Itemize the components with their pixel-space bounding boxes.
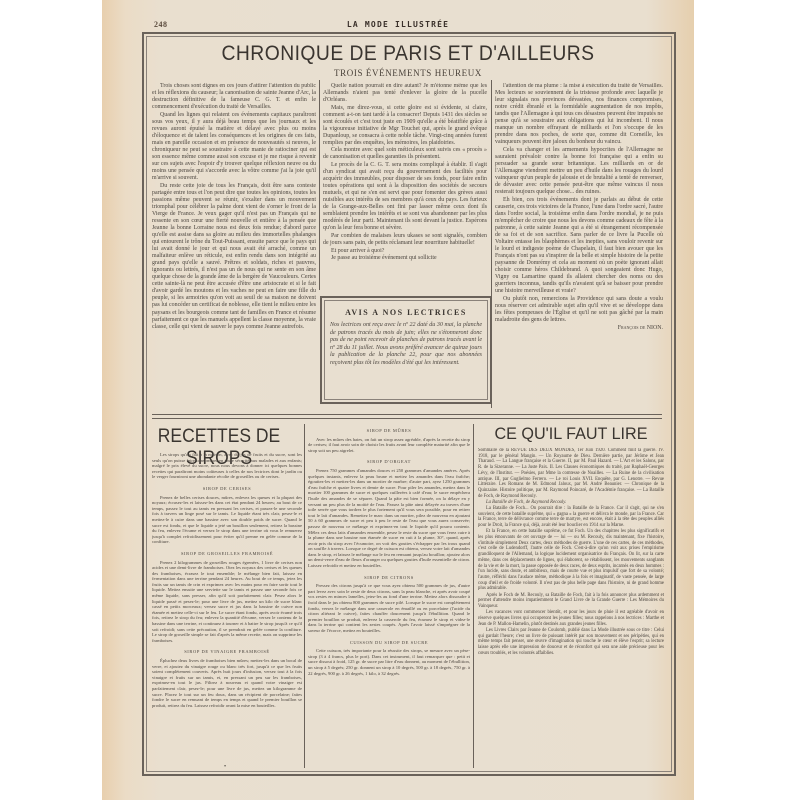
- recipe-text: Épluchez deux livres de framboises bien …: [152, 658, 302, 708]
- recipe-text: Prenez de belles cerises douces, mûres, …: [152, 495, 302, 545]
- paragraph: Quelle nation pourrait en dire autant? J…: [323, 83, 487, 104]
- avis-box: AVIS A NOS LECTRICES Nos lectrices ont r…: [320, 296, 492, 404]
- author-signature: François de NION.: [495, 325, 663, 332]
- paragraph: Et la France, en cette bataille suprême,…: [478, 529, 664, 592]
- chronique-column-2: Quelle nation pourrait en dire autant? J…: [323, 83, 487, 290]
- recipe-heading: SIROP D'ORGEAT: [308, 459, 470, 465]
- recipe-heading: SIROP DE VINAIGRE FRAMBOISÉ: [152, 649, 302, 655]
- paragraph: l'attention de ma plume : la mise à exéc…: [495, 83, 663, 146]
- paragraph: Je passe au troisième événement qui soll…: [323, 255, 487, 262]
- chronique-title: CHRONIQUE DE PARIS ET D'AILLEURS: [167, 42, 649, 66]
- recipe-heading: SIROP DE CITRONS: [308, 575, 470, 581]
- paragraph: Par combien de malaises leurs ukases se …: [323, 233, 487, 247]
- paragraph: Eh bien, ces trois événements dont je pa…: [495, 197, 663, 296]
- recipe-text: Cette cuisson, très importante pour la r…: [308, 648, 470, 676]
- paragraph: La Bataille de Foch... On pourrait dire …: [478, 506, 664, 529]
- recipe-text: Prenez 750 grammes d'amandes douces et 2…: [308, 468, 470, 569]
- paragraph: Les Livres Clairs par Jeanne de Coulomb,…: [478, 628, 664, 657]
- paragraph: Les vacances vont commencer bientôt, et …: [478, 610, 664, 627]
- paragraph: Cela montre avec quel soin méticuleux so…: [323, 147, 487, 161]
- column-divider: [319, 80, 320, 290]
- paragraph: Après le Foch de M. Recouly, sa Bataille…: [478, 593, 664, 610]
- section-separator: [152, 414, 662, 419]
- paragraph: Sommaire de la REVUE DES DEUX MONDES, 1e…: [478, 448, 664, 499]
- recipe-text: Prenez 2 kilogrammes de groseilles rouge…: [152, 560, 302, 644]
- newspaper-page: 248 LA MODE ILLUSTRÉE CHRONIQUE DE PARIS…: [102, 0, 694, 800]
- paragraph: Du reste cette joie de tous les Français…: [152, 183, 316, 331]
- column-divider: [304, 424, 305, 768]
- avis-title: AVIS A NOS LECTRICES: [322, 308, 490, 317]
- paragraph: Trois choses sont dignes en ces jours d'…: [152, 83, 316, 111]
- recipe-heading: SIROP DE CERISES: [152, 486, 302, 492]
- chronique-subtitle: TROIS ÉVÉNEMENTS HEUREUX: [146, 68, 670, 78]
- paragraph: Quand les lignes qui relatent ces événem…: [152, 112, 316, 182]
- recipe-heading: SIROP DE MÛRES: [308, 428, 470, 434]
- recipe-text: Pressez des citrons jusqu'à ce que vous …: [308, 583, 470, 633]
- chronique-column-1: Trois choses sont dignes en ces jours d'…: [152, 83, 316, 403]
- chronique-column-3: l'attention de ma plume : la mise à exéc…: [495, 83, 663, 413]
- sirops-column-2: SIROP DE MÛRES Avec les mûres des haies,…: [308, 428, 470, 768]
- paragraph: Et pour arriver à quoi?: [323, 248, 487, 255]
- avis-body: Nos lectrices ont reçu avec le nº 22 dat…: [330, 322, 482, 368]
- column-divider: [473, 424, 474, 768]
- recipe-heading: SIROP DE GROSEILLES FRAMBOISÉ: [152, 551, 302, 557]
- lire-column: Sommaire de la REVUE DES DEUX MONDES, 1e…: [478, 448, 664, 766]
- running-head: LA MODE ILLUSTRÉE: [102, 20, 694, 29]
- lire-title: CE QU'IL FAUT LIRE: [483, 424, 660, 444]
- end-bullet: •: [224, 764, 226, 770]
- paragraph: Cela va changer et les armements hypocri…: [495, 147, 663, 196]
- paragraph: Mais, me direz-vous, si cette gloire est…: [323, 105, 487, 147]
- paragraph: Ou plutôt non, remercions la Providence …: [495, 296, 663, 324]
- sirops-column-1: Les sirops qu'on fait à la maison, avec …: [152, 452, 302, 770]
- recipe-text: Avec les mûres des haies, on fait un sir…: [308, 437, 470, 454]
- paragraph: Le procès de la C. G. T. sera moins comp…: [323, 162, 487, 232]
- sirops-intro: Les sirops qu'on fait à la maison, avec …: [152, 452, 302, 480]
- recipe-heading: CUISSON DU SIROP DE SUCRE: [308, 640, 470, 646]
- paragraph: La Bataille de Foch, de Raymond Recouly.: [478, 500, 664, 506]
